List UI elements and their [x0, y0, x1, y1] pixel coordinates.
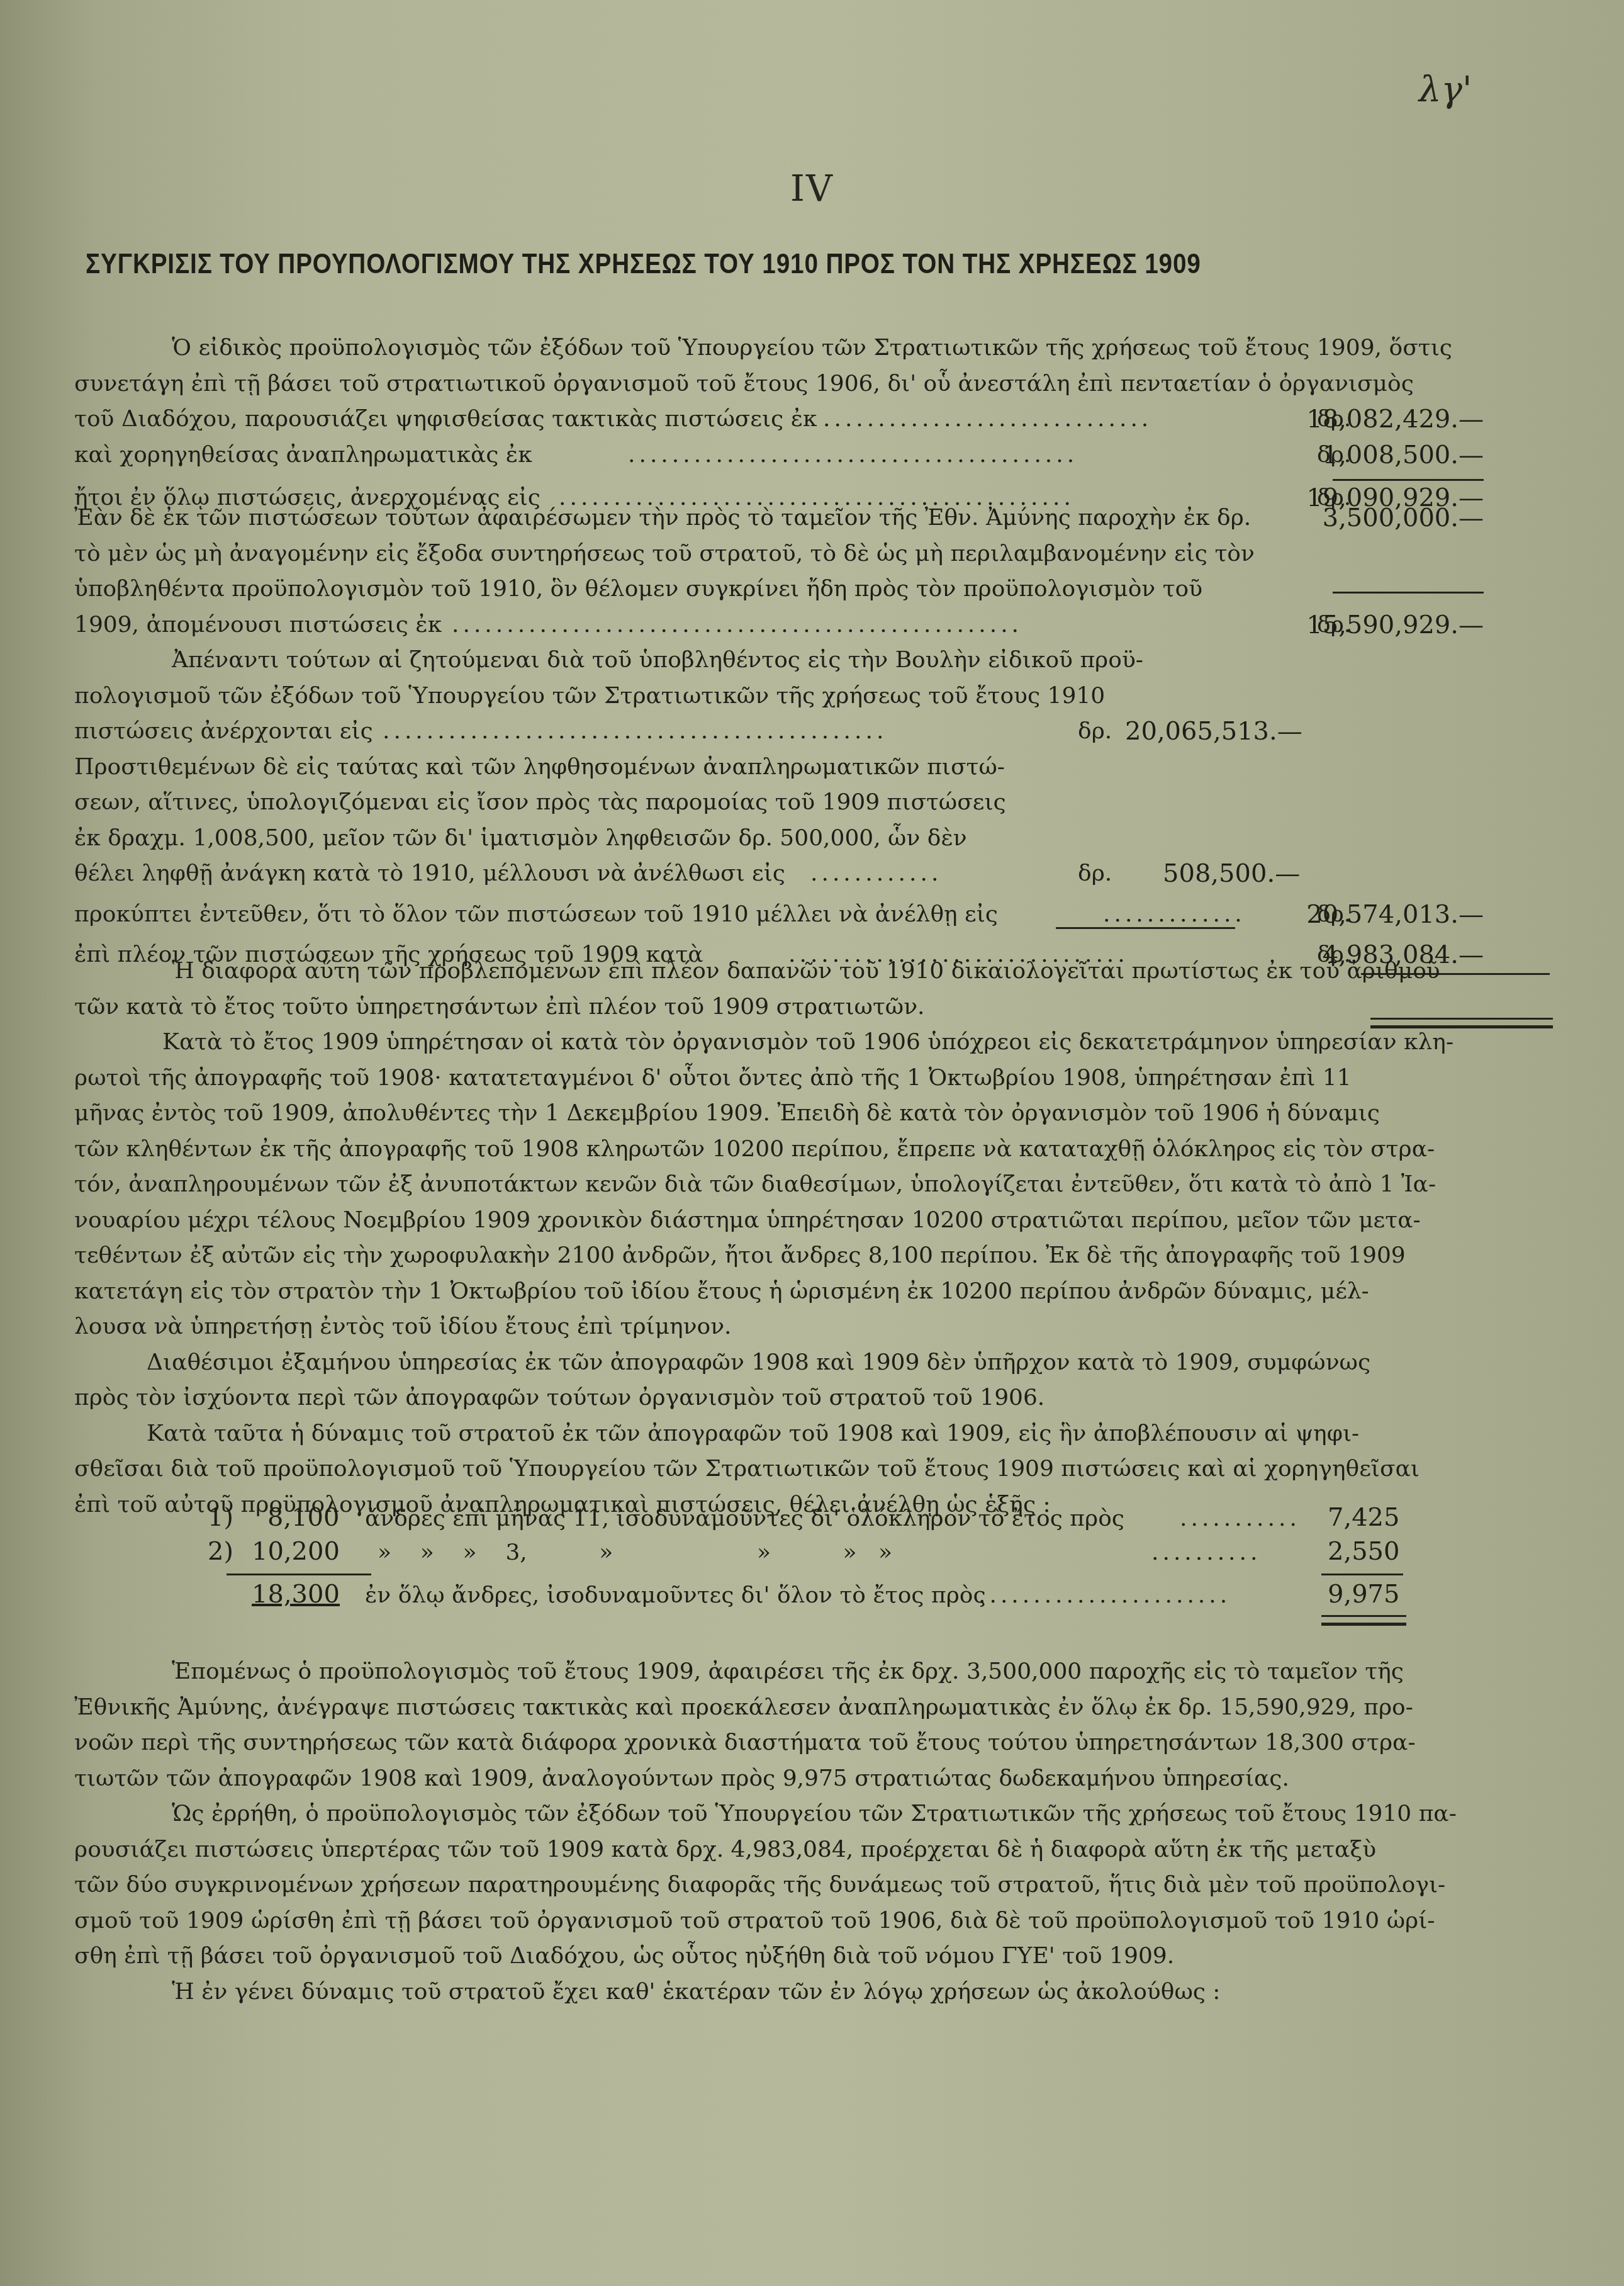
text-line: Ἀπέναντι τούτων αἱ ζητούμεναι διὰ τοῦ ὑπ…: [172, 643, 1143, 678]
text-line: Διαθέσιμοι ἐξαμήνου ὑπηρεσίας ἐκ τῶν ἀπο…: [147, 1345, 1370, 1381]
leader-dots: ..............................: [823, 402, 1152, 437]
page-title: ΣΥΓΚΡΙΣΙΣ ΤΟΥ ΠΡΟΥΠΟΛΟΓΙΣΜΟΥ ΤΗΣ ΧΡΗΣΕΩΣ…: [86, 247, 1276, 280]
explanation-paragraphs: Ἡ διαφορὰ αὕτη τῶν προβλεπομένων ἐπὶ πλέ…: [74, 954, 1484, 1523]
text-line: ρωτοὶ τῆς ἀπογραφῆς τοῦ 1908· κατατεταγμ…: [74, 1061, 1352, 1096]
row-index: 2): [208, 1537, 233, 1566]
text-line: τῶν κατὰ τὸ ἔτος τοῦτο ὑπηρετησάντων ἐπὶ…: [74, 989, 925, 1025]
row-index: 1): [208, 1503, 233, 1532]
leader-dots: ............: [810, 856, 942, 892]
text-line: τόν, ἀναπληρουμένων τῶν ἐξ ἀνυποτάκτων κ…: [74, 1167, 1436, 1203]
text-line: πρὸς τὸν ἰσχύοντα περὶ τῶν ἀπογραφῶν τού…: [74, 1380, 1044, 1416]
budget-1909-block: Ὁ εἰδικὸς προϋπολογισμὸς τῶν ἐξόδων τοῦ …: [74, 330, 1484, 516]
text-line: ρουσιάζει πιστώσεις ὑπερτέρας τῶν τοῦ 19…: [74, 1832, 1376, 1868]
text-line: 1909, ἀπομένουσι πιστώσεις ἐκ: [74, 607, 442, 643]
row-description: » » » 3, » » » »: [378, 1540, 892, 1565]
men-count: 8,100: [267, 1503, 340, 1532]
text-line: τῶν κληθέντων ἐκ τῆς ἀπογραφῆς τοῦ 1908 …: [74, 1132, 1435, 1168]
equivalent-value: 7,425: [1328, 1503, 1400, 1532]
currency-label: δρ.: [1078, 856, 1112, 892]
text-line: λουσα νὰ ὑπηρετήσῃ ἐντὸς τοῦ ἰδίου ἔτους…: [74, 1309, 732, 1345]
text-line: θέλει ληφθῇ ἀνάγκη κατὰ τὸ 1910, μέλλουσ…: [74, 856, 785, 892]
document-page: λγ' IV ΣΥΓΚΡΙΣΙΣ ΤΟΥ ΠΡΟΥΠΟΛΟΓΙΣΜΟΥ ΤΗΣ …: [0, 0, 1624, 2286]
amount-remaining-credits: 15,590,929.—: [1270, 607, 1484, 643]
army-strength-table: 1) 8,100 ἄνδρες ἐπὶ μῆνας 11, ἰσοδυναμοῦ…: [208, 1503, 1466, 1614]
text-line: ὑποβληθέντα προϋπολογισμὸν τοῦ 1910, ὃν …: [74, 571, 1202, 607]
text-line: Προστιθεμένων δὲ εἰς ταύτας καὶ τῶν ληφθ…: [74, 750, 1005, 785]
text-line: Κατὰ τὸ ἔτος 1909 ὑπηρέτησαν οἱ κατὰ τὸν…: [162, 1025, 1453, 1061]
men-count: 10,200: [252, 1537, 340, 1566]
amount-ordinary-credits: 18,082,429.—: [1270, 402, 1484, 437]
text-line: νοῶν περὶ τῆς συντηρήσεως τῶν κατὰ διάφο…: [74, 1725, 1416, 1761]
sum-rule: [1321, 1574, 1403, 1575]
leader-dots: ........................................…: [628, 437, 1078, 473]
text-line: Ἡ ἐν γένει δύναμις τοῦ στρατοῦ ἔχει καθ'…: [172, 1974, 1221, 2010]
amount-requested-1910: 20,065,513.—: [1125, 714, 1302, 750]
deduction-block: Ἐὰν δὲ ἐκ τῶν πιστώσεων τούτων ἀφαιρέσωμ…: [74, 500, 1484, 643]
text-line: τὸ μὲν ὡς μὴ ἀναγομένην εἰς ἔξοδα συντηρ…: [74, 536, 1255, 572]
currency-label: δρ.: [1078, 714, 1112, 750]
table-row: 1) 8,100 ἄνδρες ἐπὶ μῆνας 11, ἰσοδυναμοῦ…: [208, 1503, 1466, 1537]
section-numeral: IV: [0, 167, 1624, 210]
text-line: ἐκ δραχμ. 1,008,500, μεῖον τῶν δι' ἱματι…: [74, 821, 967, 857]
text-line: σεων, αἵτινες, ὑπολογιζόμεναι εἰς ἴσον π…: [74, 785, 1006, 821]
row-description: ἄνδρες ἐπὶ μῆνας 11, ἰσοδυναμοῦντες δι' …: [365, 1506, 1124, 1531]
leader-dots: ..........: [1151, 1540, 1261, 1565]
table-total-row: 18,300 ἐν ὅλῳ ἄνδρες, ἰσοδυναμοῦντες δι'…: [208, 1580, 1466, 1614]
leader-dots: ...........: [1180, 1506, 1301, 1531]
text-line: τιωτῶν τῶν ἀπογραφῶν 1908 καὶ 1909, ἀναλ…: [74, 1761, 1289, 1797]
table-row: 2) 10,200 » » » 3, » » » » .......... 2,…: [208, 1537, 1466, 1571]
page-number: λγ': [1419, 69, 1472, 110]
total-equivalent-value: 9,975: [1328, 1580, 1400, 1609]
leader-dots: ........................................…: [452, 607, 1022, 643]
text-line: Κατὰ ταῦτα ἡ δύναμις τοῦ στρατοῦ ἐκ τῶν …: [147, 1416, 1359, 1452]
amount-supplementary-credits: 1,008,500.—: [1270, 437, 1484, 473]
double-total-rule: [1321, 1615, 1406, 1626]
leader-dots: .............: [1103, 897, 1246, 933]
sum-rule: [227, 1574, 371, 1575]
text-line: συνετάγη ἐπὶ τῇ βάσει τοῦ στρατιωτικοῦ ὀ…: [74, 366, 1414, 402]
budget-1910-block: Ἀπέναντι τούτων αἱ ζητούμεναι διὰ τοῦ ὑπ…: [74, 643, 1484, 973]
total-men: 18,300: [252, 1580, 340, 1609]
text-line: τεθέντων ἐξ αὐτῶν εἰς τὴν χωροφυλακὴν 21…: [74, 1238, 1406, 1274]
equivalent-value: 2,550: [1328, 1537, 1400, 1566]
text-line: Ἐὰν δὲ ἐκ τῶν πιστώσεων τούτων ἀφαιρέσωμ…: [74, 500, 1251, 536]
text-line: καὶ χορηγηθείσας ἀναπληρωματικὰς ἐκ: [74, 437, 532, 473]
text-line: νουαρίου μέχρι τέλους Νοεμβρίου 1909 χρο…: [74, 1203, 1421, 1239]
text-line: Ἡ διαφορὰ αὕτη τῶν προβλεπομένων ἐπὶ πλέ…: [172, 954, 1440, 989]
leader-dots: ........................................…: [383, 714, 887, 750]
leader-dots: .......................: [978, 1582, 1231, 1608]
text-line: κατετάγη εἰς τὸν στρατὸν τὴν 1 Ὀκτωβρίου…: [74, 1274, 1369, 1310]
amount-national-defence: 3,500,000.—: [1270, 500, 1484, 536]
text-line: τοῦ Διαδόχου, παρουσιάζει ψηφισθείσας τα…: [74, 402, 817, 437]
total-description: ἐν ὅλῳ ἄνδρες, ἰσοδυναμοῦντες δι' ὅλον τ…: [365, 1582, 986, 1608]
text-line: Ἐθνικῆς Ἀμύνης, ἀνέγραψε πιστώσεις τακτι…: [74, 1690, 1413, 1726]
text-line: Ὡς ἐρρήθη, ὁ προϋπολογισμὸς τῶν ἐξόδων τ…: [172, 1796, 1457, 1832]
sum-rule: [1333, 592, 1484, 594]
text-line: σθη ἐπὶ τῇ βάσει τοῦ ὀργανισμοῦ τοῦ Διαδ…: [74, 1939, 1174, 1974]
text-line: μῆνας ἐντὸς τοῦ 1909, ἀπολυθέντες τὴν 1 …: [74, 1096, 1380, 1132]
text-line: σμοῦ τοῦ 1909 ὡρίσθη ἐπὶ τῇ βάσει τοῦ ὀρ…: [74, 1903, 1435, 1939]
text-line: τῶν δύο συγκρινομένων χρήσεων παρατηρουμ…: [74, 1867, 1445, 1903]
text-line: πιστώσεις ἀνέρχονται εἰς: [74, 714, 373, 750]
text-line: πολογισμοῦ τῶν ἐξόδων τοῦ Ὑπουργείου τῶν…: [74, 678, 1105, 714]
amount-total-1910: 20,574,013.—: [1270, 897, 1484, 933]
amount-supplementary-1910: 508,500.—: [1163, 856, 1300, 892]
closing-paragraphs: Ἑπομένως ὁ προϋπολογισμὸς τοῦ ἔτους 1909…: [74, 1654, 1484, 2010]
text-line: Ὁ εἰδικὸς προϋπολογισμὸς τῶν ἐξόδων τοῦ …: [172, 330, 1452, 366]
text-line: προκύπτει ἐντεῦθεν, ὅτι τὸ ὅλον τῶν πιστ…: [74, 897, 998, 933]
text-line: Ἑπομένως ὁ προϋπολογισμὸς τοῦ ἔτους 1909…: [172, 1654, 1404, 1690]
text-line: σθεῖσαι διὰ τοῦ προϋπολογισμοῦ τοῦ Ὑπουρ…: [74, 1451, 1420, 1487]
